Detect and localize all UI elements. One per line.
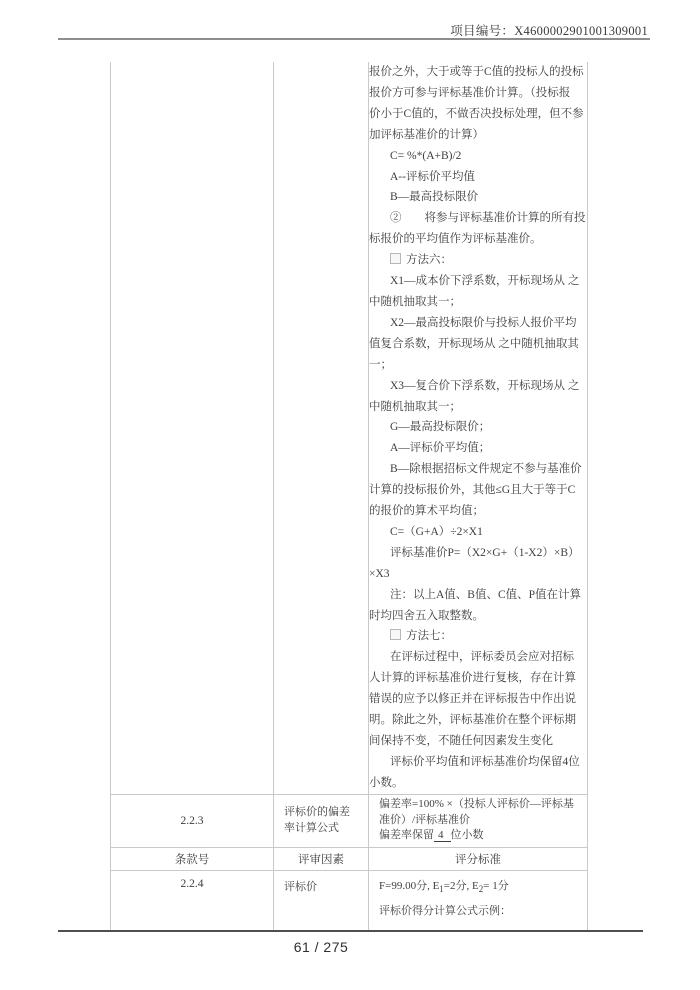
deviation-formula: 偏差率=100% ×（投标人评标价—评标基准价）/评标基准价偏差率保留4位小数 xyxy=(369,794,588,847)
clause-number: 2.2.3 xyxy=(111,794,274,847)
table-row-223: 2.2.3 评标价的偏差率计算公式 偏差率=100% ×（投标人评标价—评标基准… xyxy=(111,794,588,847)
col-header-factor: 评审因素 xyxy=(274,847,369,870)
evaluation-table-wrap: 报价之外，大于或等于C值的投标人的投标报价方可参与评标基准价计算。（投标报价小于… xyxy=(110,62,589,930)
evaluation-table: 报价之外，大于或等于C值的投标人的投标报价方可参与评标基准价计算。（投标报价小于… xyxy=(110,62,588,930)
table-row-continuation: 报价之外，大于或等于C值的投标人的投标报价方可参与评标基准价计算。（投标报价小于… xyxy=(111,62,588,794)
review-factor: 评标价 xyxy=(274,870,369,930)
table-header-row: 条款号 评审因素 评分标准 xyxy=(111,847,588,870)
col-header-standard: 评分标准 xyxy=(369,847,588,870)
score-formula: F=99.00分, E1=2分, E2= 1分评标价得分计算公式示例： xyxy=(369,870,588,930)
footer-rule xyxy=(58,930,643,932)
checkbox-icon xyxy=(390,253,401,264)
document-page: 项目编号：X4600002901001309001 报价之外，大于或等于C值的投… xyxy=(0,0,700,990)
project-number: 项目编号：X4600002901001309001 xyxy=(450,21,648,39)
table-row-224: 2.2.4 评标价 F=99.00分, E1=2分, E2= 1分评标价得分计算… xyxy=(111,870,588,930)
clause-cell-empty xyxy=(111,62,274,794)
review-factor: 评标价的偏差率计算公式 xyxy=(274,794,369,847)
col-header-clause: 条款号 xyxy=(111,847,274,870)
header-rule xyxy=(58,38,650,40)
page-number: 61 / 275 xyxy=(0,939,642,955)
checkbox-icon xyxy=(390,629,401,640)
scoring-standard-text: 报价之外，大于或等于C值的投标人的投标报价方可参与评标基准价计算。（投标报价小于… xyxy=(369,62,588,794)
factor-cell-empty xyxy=(274,62,369,794)
clause-number: 2.2.4 xyxy=(111,870,274,930)
